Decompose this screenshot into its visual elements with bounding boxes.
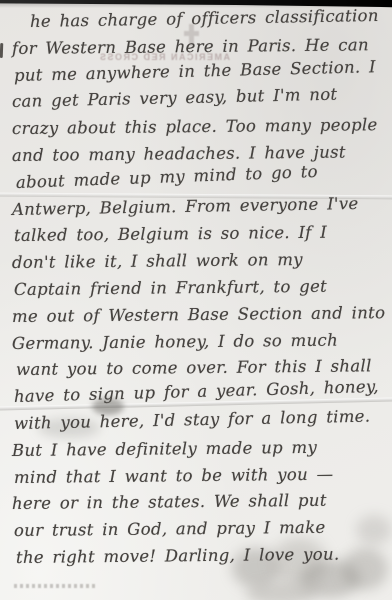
- faint-print-mark: [14, 584, 96, 588]
- handwritten-line: the right move! Darling, I love you.: [16, 541, 386, 572]
- handwritten-line: talked too, Belgium is so nice. If I: [14, 219, 386, 250]
- pen-mark: [0, 43, 3, 58]
- handwritten-line: Captain friend in Frankfurt, to get: [14, 273, 386, 304]
- handwritten-line: here or in the states. We shall put: [12, 487, 386, 518]
- letter-body: he has charge of officers classification…: [12, 9, 386, 572]
- handwritten-line: But I have definitely made up my: [12, 434, 386, 465]
- handwritten-line: crazy about this place. Too many people: [12, 112, 386, 143]
- ink-smudge: [92, 398, 124, 415]
- letter-page: AMERICAN RED CROSS he has charge of offi…: [0, 0, 392, 600]
- water-stain: [246, 582, 316, 600]
- handwritten-line: our trust in God, and pray I make: [14, 514, 386, 545]
- handwritten-line: don't like it, I shall work on my: [12, 246, 386, 277]
- handwritten-line: me out of Western Base Section and into: [12, 300, 386, 331]
- handwritten-line: Antwerp, Belgium. From everyone I've: [12, 190, 386, 223]
